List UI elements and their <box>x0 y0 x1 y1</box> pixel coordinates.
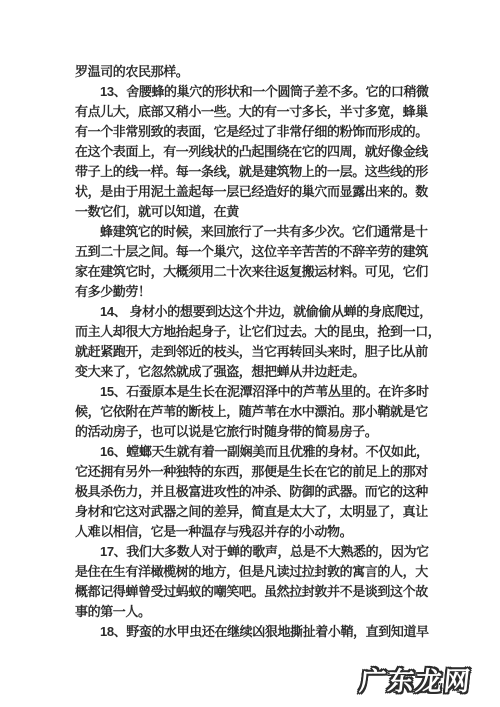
text-line: 身材和它这对武器之间的差异，简直是太大了，太明显了，真让 <box>75 502 439 522</box>
text-line: 蜂建筑它的时候，来回旅行了一共有多少次。它们通常是十 <box>75 222 439 242</box>
text-line: 18、野蛮的水甲虫还在继续凶狠地撕扯着小鞘，直到知道早 <box>75 622 439 642</box>
scanned-document-page: 罗温司的农民那样。13、舍腰蜂的巢穴的形状和一个圆筒子差不多。它的口稍微有点儿大… <box>0 0 500 707</box>
text-line: 带子上的线一样。每一条线，就是建筑物上的一层。这些线的形 <box>75 162 439 182</box>
text-line: 是住在生有洋橄榄树的地方，但是凡读过拉封敦的寓言的人，大 <box>75 562 439 582</box>
text-line: 事的第一人。 <box>75 602 439 622</box>
text-line: 变大来了，它忽然就成了强盗，想把蝉从井边赶走。 <box>75 362 439 382</box>
text-line: 候，它依附在芦苇的断枝上，随芦苇在水中漂泊。那小鞘就是它 <box>75 402 439 422</box>
text-line: 而主人却很大方地抬起身子，让它们过去。大的昆虫，抢到一口， <box>75 322 439 342</box>
text-line: 概都记得蝉曾受过蚂蚁的嘲笑吧。虽然拉封敦并不是谈到这个故 <box>75 582 439 602</box>
text-line: 有点儿大，底部又稍小一些。大的有一寸多长，半寸多宽，蜂巢 <box>75 102 439 122</box>
text-line: 它还拥有另外一种独特的东西，那便是生长在它的前足上的那对 <box>75 462 439 482</box>
text-line: 人难以相信，它是一种温存与残忍并存的小动物。 <box>75 522 439 542</box>
document-text-block: 罗温司的农民那样。13、舍腰蜂的巢穴的形状和一个圆筒子差不多。它的口稍微有点儿大… <box>75 62 439 642</box>
text-line: 17、我们大多数人对于蝉的歌声，总是不大熟悉的，因为它 <box>75 542 439 562</box>
text-line: 在这个表面上，有一列线状的凸起围绕在它的四周，就好像金线 <box>75 142 439 162</box>
text-line: 16、螳螂天生就有着一副娴美而且优雅的身材。不仅如此， <box>75 442 439 462</box>
text-line: 家在建筑它时，大概须用二十次来往返复搬运材料。可见，它们 <box>75 262 439 282</box>
text-line: 就赶紧跑开，走到邻近的枝头，当它再转回头来时，胆子比从前 <box>75 342 439 362</box>
text-line: 一数它们，就可以知道，在黄 <box>75 202 439 222</box>
text-line: 状，是由于用泥土盖起每一层已经造好的巢穴而显露出来的。数 <box>75 182 439 202</box>
text-line: 极具杀伤力，并且极富进攻性的冲杀、防御的武器。而它的这种 <box>75 482 439 502</box>
text-line: 五到二十层之间。每一个巢穴，这位辛辛苦苦的不辞辛劳的建筑 <box>75 242 439 262</box>
text-line: 15、石蚕原本是生长在泥潭沼泽中的芦苇丛里的。在许多时 <box>75 382 439 402</box>
text-line: 有一个非常别致的表面，它是经过了非常仔细的粉饰而形成的。 <box>75 122 439 142</box>
text-line: 罗温司的农民那样。 <box>75 62 439 82</box>
site-watermark: 广东龙网 <box>358 661 474 698</box>
text-line: 14、 身材小的想要到达这个井边，就偷偷从蝉的身底爬过， <box>75 302 439 322</box>
text-line: 的活动房子，也可以说是它旅行时随身带的简易房子。 <box>75 422 439 442</box>
text-line: 有多少勤劳！ <box>75 282 439 302</box>
text-line: 13、舍腰蜂的巢穴的形状和一个圆筒子差不多。它的口稍微 <box>75 82 439 102</box>
